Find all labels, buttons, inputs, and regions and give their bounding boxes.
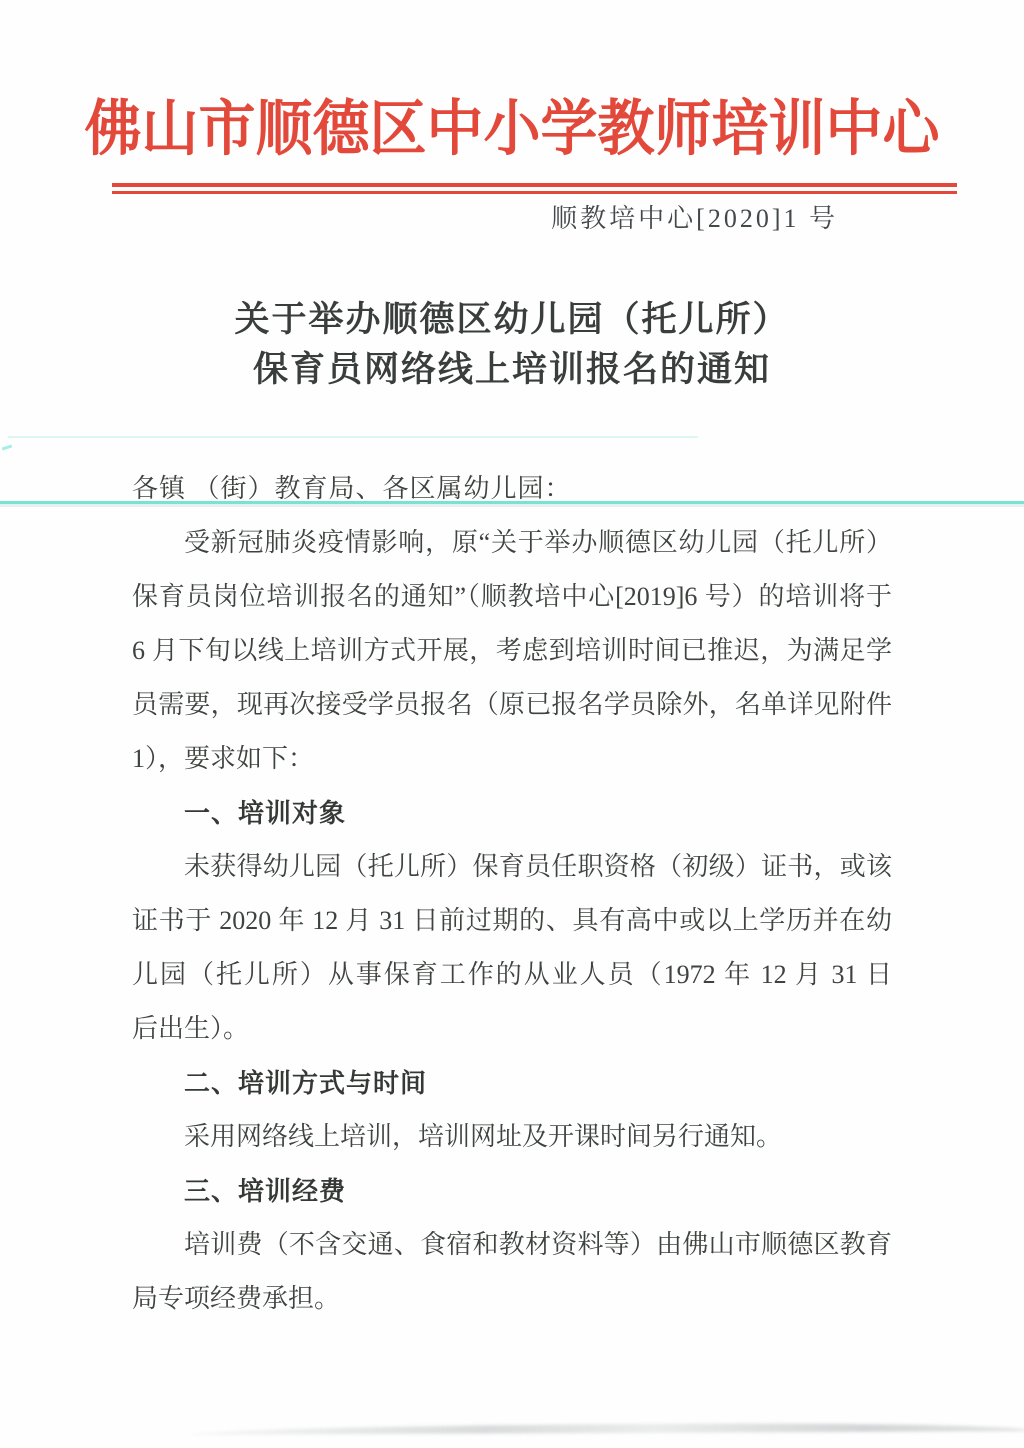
body-text: 各镇 （街）教育局、各区属幼儿园： 受新冠肺炎疫情影响，原“关于举办顺德区幼儿园… xyxy=(132,462,892,1326)
body-line: 未获得幼儿园（托儿所）保育员任职资格（初级）证书，或该 xyxy=(132,840,892,894)
body-line: 儿园（托儿所）从事保育工作的从业人员（1972 年 12 月 31 日 xyxy=(132,948,892,1002)
salutation: 各镇 （街）教育局、各区属幼儿园： xyxy=(132,462,892,516)
section-heading: 三、培训经费 xyxy=(132,1164,892,1218)
notice-title: 关于举办顺德区幼儿园（托儿所） 保育员网络线上培训报名的通知 xyxy=(0,295,1024,395)
section-heading: 二、培训方式与时间 xyxy=(132,1056,892,1110)
scan-artifact-cyan-tick xyxy=(2,445,12,451)
scan-artifact-bottom-smudge xyxy=(190,1422,1024,1435)
body-line: 员需要，现再次接受学员报名（原已报名学员除外，名单详见附件 xyxy=(132,678,892,732)
body-line: 证书于 2020 年 12 月 31 日前过期的、具有高中或以上学历并在幼 xyxy=(132,894,892,948)
body-line: 受新冠肺炎疫情影响，原“关于举办顺德区幼儿园（托儿所） xyxy=(132,516,892,570)
letterhead-org-name: 佛山市顺德区中小学教师培训中心 xyxy=(0,94,1024,166)
body-line: 1），要求如下： xyxy=(132,732,892,786)
section-heading: 一、培训对象 xyxy=(132,786,892,840)
body-line: 保育员岗位培训报名的通知”（顺教培中心[2019]6 号）的培训将于 xyxy=(132,570,892,624)
body-line: 局专项经费承担。 xyxy=(132,1272,892,1326)
scan-artifact-faint-cyan-line xyxy=(8,436,698,438)
body-line: 采用网络线上培训，培训网址及开课时间另行通知。 xyxy=(132,1110,892,1164)
body-line: 6 月下旬以线上培训方式开展，考虑到培训时间已推迟，为满足学 xyxy=(132,624,892,678)
document-page: 佛山市顺德区中小学教师培训中心 顺教培中心[2020]1 号 关于举办顺德区幼儿… xyxy=(0,0,1024,1448)
notice-title-line2: 保育员网络线上培训报名的通知 xyxy=(0,345,1024,395)
body-line: 后出生）。 xyxy=(132,1002,892,1056)
body-line: 培训费（不含交通、食宿和教材资料等）由佛山市顺德区教育 xyxy=(132,1218,892,1272)
notice-title-line1: 关于举办顺德区幼儿园（托儿所） xyxy=(0,295,1024,345)
letterhead-double-rule xyxy=(112,183,957,194)
document-number: 顺教培中心[2020]1 号 xyxy=(551,202,838,236)
